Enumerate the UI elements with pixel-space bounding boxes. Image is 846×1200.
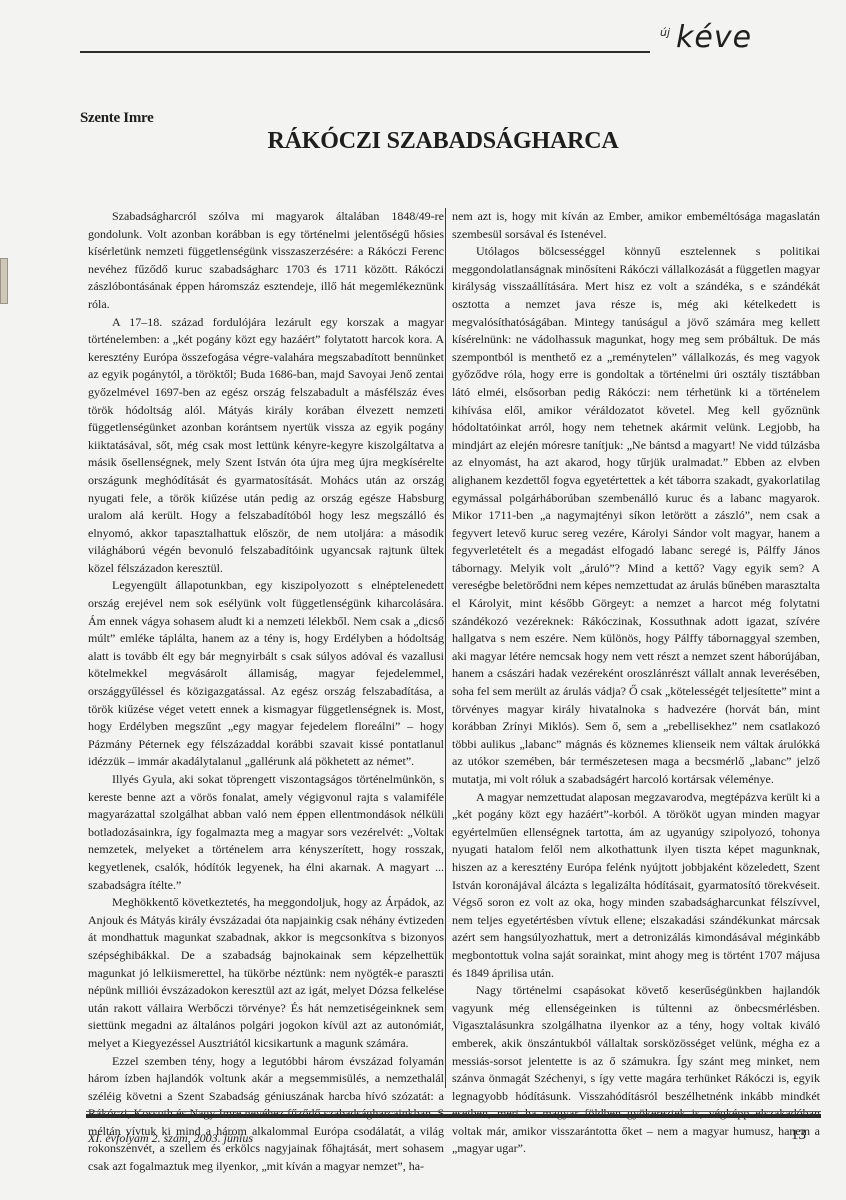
paragraph: Szabadságharcról szólva mi magyarok álta…: [88, 208, 444, 314]
left-column: Szabadságharcról szólva mi magyarok álta…: [88, 208, 444, 1176]
article-author: Szente Imre: [80, 110, 153, 127]
paragraph: Legyengült állapotunkban, egy kiszipolyo…: [88, 577, 444, 771]
paragraph: nem azt is, hogy mit kíván az Ember, ami…: [452, 208, 820, 243]
footer-rule-thick: [86, 1114, 821, 1118]
paragraph: Illyés Gyula, aki sokat töprengett viszo…: [88, 771, 444, 894]
right-column: nem azt is, hogy mit kíván az Ember, ami…: [452, 208, 820, 1158]
magazine-page: új kéve Szente Imre RÁKÓCZI SZABADSÁGHAR…: [0, 0, 846, 1200]
paragraph: Utólagos bölcsességgel könnyű esztelenne…: [452, 243, 820, 788]
column-divider: [445, 208, 446, 1088]
issue-info: XI. évfolyam 2. szám, 2003. június: [88, 1131, 253, 1146]
header-rule: [80, 51, 650, 53]
logo-text: kéve: [676, 20, 752, 55]
paragraph: Nagy történelmi csapásokat követő keserű…: [452, 982, 820, 1158]
article-title: RÁKÓCZI SZABADSÁGHARCA: [0, 128, 846, 155]
footer-rule-thin: [86, 1111, 821, 1112]
page-edge-mark: [0, 258, 8, 304]
paragraph: A 17–18. század fordulójára lezárult egy…: [88, 314, 444, 578]
page-number: 13: [791, 1127, 806, 1144]
logo-prefix: új: [660, 26, 670, 39]
paragraph: Meghökkentő következtetés, ha meggondolj…: [88, 894, 444, 1052]
paragraph: A magyar nemzettudat alaposan megzavarod…: [452, 789, 820, 983]
